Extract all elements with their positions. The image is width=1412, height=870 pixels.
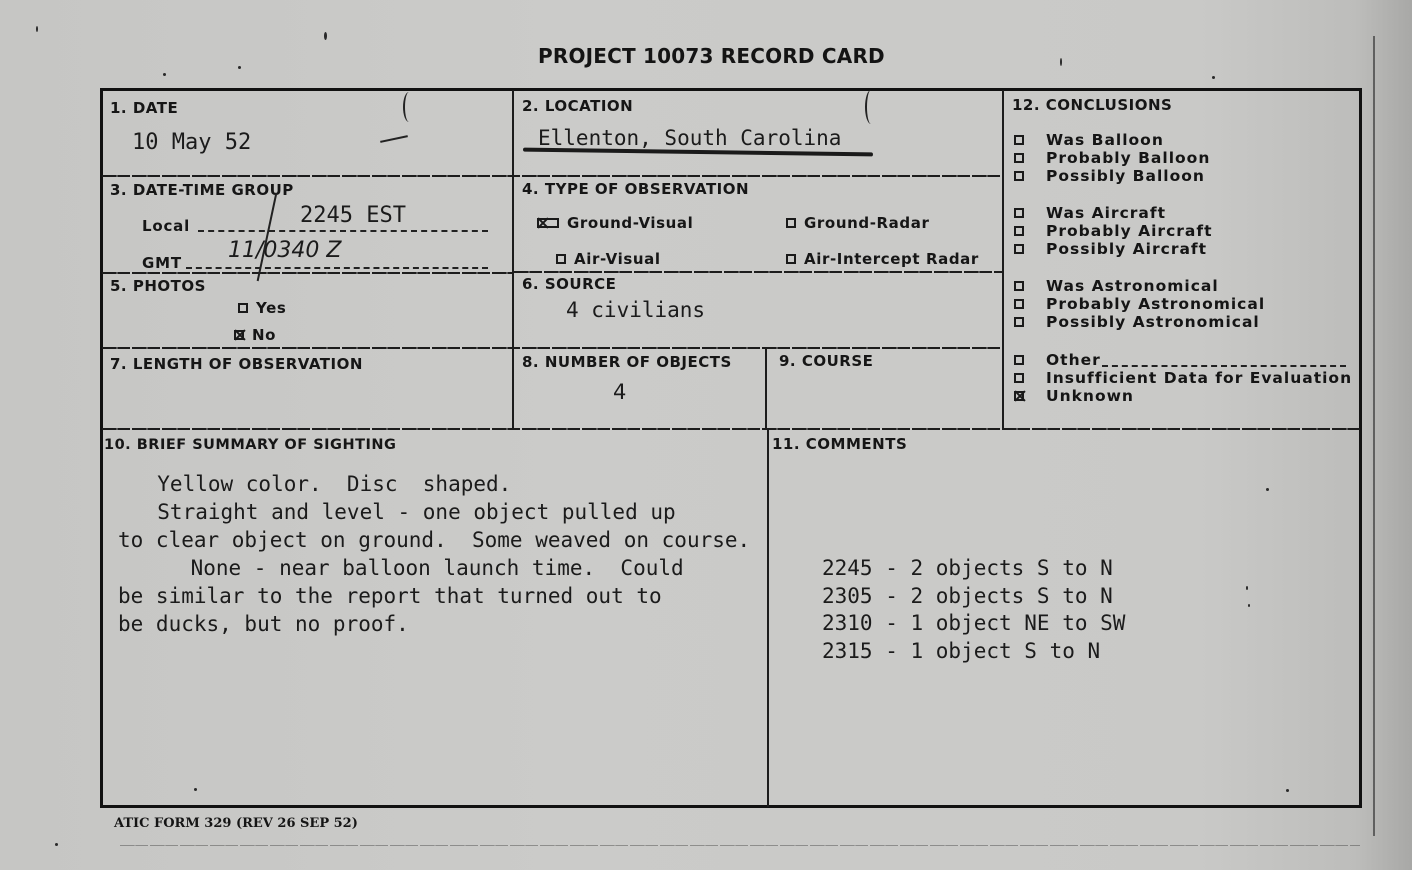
- checkbox-icon: [1014, 373, 1024, 383]
- conclusion-possibly-astronomical[interactable]: Possibly Astronomical: [1014, 313, 1260, 331]
- divider-col1: [512, 90, 514, 429]
- conclusion-was-balloon[interactable]: Was Balloon: [1014, 131, 1164, 149]
- source-label: 6. SOURCE: [522, 275, 616, 293]
- scan-speck: [1060, 58, 1062, 66]
- type-of-observation-label: 4. TYPE OF OBSERVATION: [522, 180, 749, 198]
- local-fill-line: [198, 230, 488, 232]
- summary-label: 10. BRIEF SUMMARY OF SIGHTING: [104, 437, 396, 453]
- conclusion-insufficient-data[interactable]: Insufficient Data for Evaluation: [1014, 369, 1352, 387]
- divider-obs-source: [514, 271, 1002, 273]
- local-time-value[interactable]: 2245 EST: [300, 203, 406, 228]
- conclusion-probably-balloon[interactable]: Probably Balloon: [1014, 149, 1210, 167]
- number-of-objects-label: 8. NUMBER OF OBJECTS: [522, 353, 732, 371]
- scan-speck: [1212, 76, 1215, 79]
- gmt-time-value[interactable]: 11/0340 Z: [228, 238, 341, 263]
- checkbox-icon: [238, 303, 248, 313]
- checkbox-icon: [1014, 317, 1024, 327]
- checked-box-icon: [1014, 391, 1024, 401]
- date-time-group-label: 3. DATE-TIME GROUP: [110, 181, 294, 199]
- divider-col-conclusions: [1002, 90, 1004, 429]
- comments-label: 11. COMMENTS: [772, 435, 907, 453]
- gmt-label: GMT: [142, 254, 182, 272]
- divider-row1: [102, 175, 1002, 177]
- checkbox-icon: [1014, 299, 1024, 309]
- form-number: ATIC FORM 329 (REV 26 SEP 52): [114, 816, 358, 831]
- summary-line: be similar to the report that turned out…: [118, 584, 662, 608]
- length-of-observation-label: 7. LENGTH OF OBSERVATION: [110, 355, 363, 373]
- checkbox-icon: [1014, 244, 1024, 254]
- gmt-fill-line: [186, 267, 488, 269]
- comment-line: 2310 - 1 object NE to SW: [822, 611, 1125, 635]
- divider-row3: [102, 347, 1002, 349]
- checkbox-icon: [786, 218, 796, 228]
- checkbox-icon: [556, 254, 566, 264]
- conclusion-unknown[interactable]: Unknown: [1014, 387, 1134, 405]
- other-fill-line: [1102, 365, 1346, 367]
- location-value[interactable]: Ellenton, South Carolina: [538, 126, 841, 150]
- scan-speck: [36, 26, 38, 32]
- divider-col-course: [765, 348, 767, 429]
- checked-box-icon: [537, 218, 559, 228]
- comment-line: 2305 - 2 objects S to N: [822, 584, 1113, 608]
- local-label: Local: [142, 217, 190, 235]
- observation-air-visual[interactable]: Air-Visual: [556, 250, 661, 268]
- date-value[interactable]: 10 May 52: [132, 130, 251, 155]
- observation-air-intercept-radar[interactable]: Air-Intercept Radar: [786, 250, 979, 268]
- comment-line: 2315 - 1 object S to N: [822, 639, 1100, 663]
- card-title: PROJECT 10073 RECORD CARD: [538, 44, 885, 68]
- checkbox-icon: [1014, 153, 1024, 163]
- comment-line: 2245 - 2 objects S to N: [822, 556, 1113, 580]
- checked-box-icon: [234, 330, 244, 340]
- source-value[interactable]: 4 civilians: [566, 298, 705, 322]
- conclusions-label: 12. CONCLUSIONS: [1012, 96, 1172, 114]
- summary-line: Straight and level - one object pulled u…: [132, 500, 676, 524]
- observation-ground-radar[interactable]: Ground-Radar: [786, 214, 929, 232]
- checkbox-icon: [1014, 208, 1024, 218]
- scan-speck: [163, 73, 166, 76]
- photos-option-no[interactable]: No: [234, 326, 276, 344]
- observation-ground-visual[interactable]: Ground-Visual: [537, 214, 693, 232]
- pen-mark: [403, 92, 415, 122]
- checkbox-icon: [786, 254, 796, 264]
- location-label: 2. LOCATION: [522, 97, 633, 115]
- summary-line: Yellow color. Disc shaped.: [132, 472, 511, 496]
- divider-row4: [102, 428, 1360, 430]
- number-of-objects-value[interactable]: 4: [613, 380, 626, 404]
- conclusion-probably-aircraft[interactable]: Probably Aircraft: [1014, 222, 1213, 240]
- paper-edge-line: [1373, 36, 1375, 836]
- checkbox-icon: [1014, 281, 1024, 291]
- scan-speck: [324, 32, 327, 40]
- course-label: 9. COURSE: [779, 352, 873, 370]
- checkbox-icon: [1014, 135, 1024, 145]
- pen-mark: [865, 90, 877, 124]
- divider-dtg-photos: [102, 272, 512, 274]
- summary-line: to clear object on ground. Some weaved o…: [118, 528, 750, 552]
- checkbox-icon: [1014, 226, 1024, 236]
- checkbox-icon: [1014, 171, 1024, 181]
- footer-faint-line: [120, 845, 1360, 846]
- conclusion-other[interactable]: Other: [1014, 351, 1101, 369]
- scan-speck: [55, 843, 58, 846]
- summary-line: None - near balloon launch time. Could: [140, 556, 684, 580]
- conclusion-was-aircraft[interactable]: Was Aircraft: [1014, 204, 1166, 222]
- date-label: 1. DATE: [110, 99, 178, 117]
- scan-speck: [238, 66, 241, 69]
- conclusion-possibly-balloon[interactable]: Possibly Balloon: [1014, 167, 1205, 185]
- divider-comments: [767, 429, 769, 807]
- conclusion-possibly-aircraft[interactable]: Possibly Aircraft: [1014, 240, 1207, 258]
- conclusion-probably-astronomical[interactable]: Probably Astronomical: [1014, 295, 1265, 313]
- photos-label: 5. PHOTOS: [110, 277, 206, 295]
- conclusion-was-astronomical[interactable]: Was Astronomical: [1014, 277, 1219, 295]
- summary-line: be ducks, but no proof.: [118, 612, 409, 636]
- photos-option-yes[interactable]: Yes: [238, 299, 286, 317]
- checkbox-icon: [1014, 355, 1024, 365]
